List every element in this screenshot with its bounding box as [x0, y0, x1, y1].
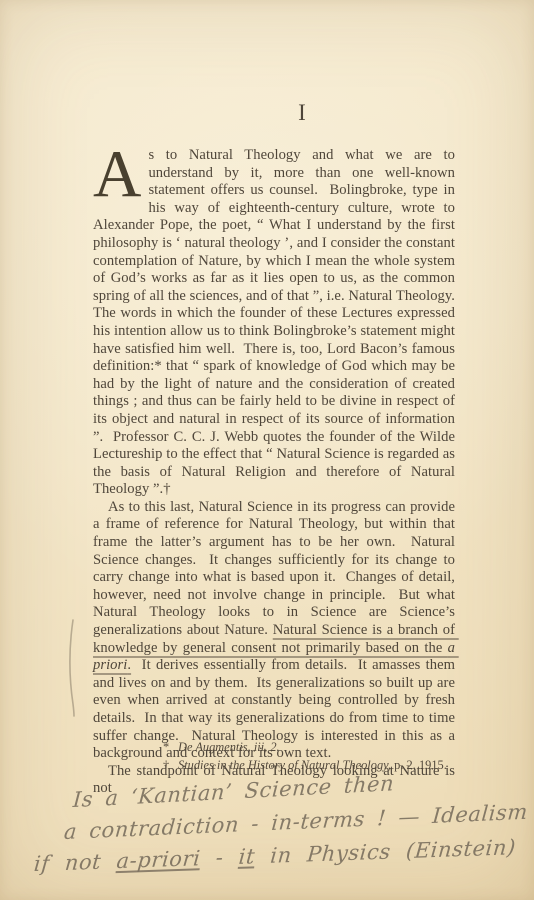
paragraph-second-lead: As to this last, Natural Science in its …: [93, 499, 459, 638]
paragraph-second: As to this last, Natural Science in its …: [93, 499, 455, 763]
footnote-2: †Studies in the History of Natural Theol…: [163, 757, 447, 775]
margin-pencil-line: [60, 612, 82, 737]
book-page-scan: I As to Natural Theology and what we are…: [0, 0, 534, 900]
footnote-2-dagger-marker: †: [163, 757, 178, 775]
body-text-column: As to Natural Theology and what we are t…: [93, 147, 455, 798]
handwritten-line3-pre: if not: [33, 849, 118, 876]
footnote-2-title: Studies in the History of Natural Theolo…: [178, 758, 391, 772]
chapter-number-heading: I: [93, 101, 455, 124]
paragraph-opening-text: s to Natural Theology and what we are to…: [93, 147, 462, 497]
handwritten-line3-apriori: a-priori: [116, 846, 202, 873]
footnote-1-title: De Augmentis, iii, 2.: [178, 740, 280, 754]
dropcap-letter: A: [93, 147, 148, 200]
footnote-1-asterisk-marker: *: [163, 739, 178, 757]
handwritten-line3-mid: -: [200, 845, 240, 870]
paragraph-opening: As to Natural Theology and what we are t…: [93, 147, 455, 499]
footnote-2-suffix: p. 2, 1915.: [391, 758, 447, 772]
footnote-1: *De Augmentis, iii, 2.: [163, 739, 447, 757]
pencil-stroke-svg: [60, 612, 82, 732]
footnotes-block: *De Augmentis, iii, 2. †Studies in the H…: [163, 739, 447, 774]
handwritten-line3-post: in Physics (Einstein): [254, 835, 517, 868]
